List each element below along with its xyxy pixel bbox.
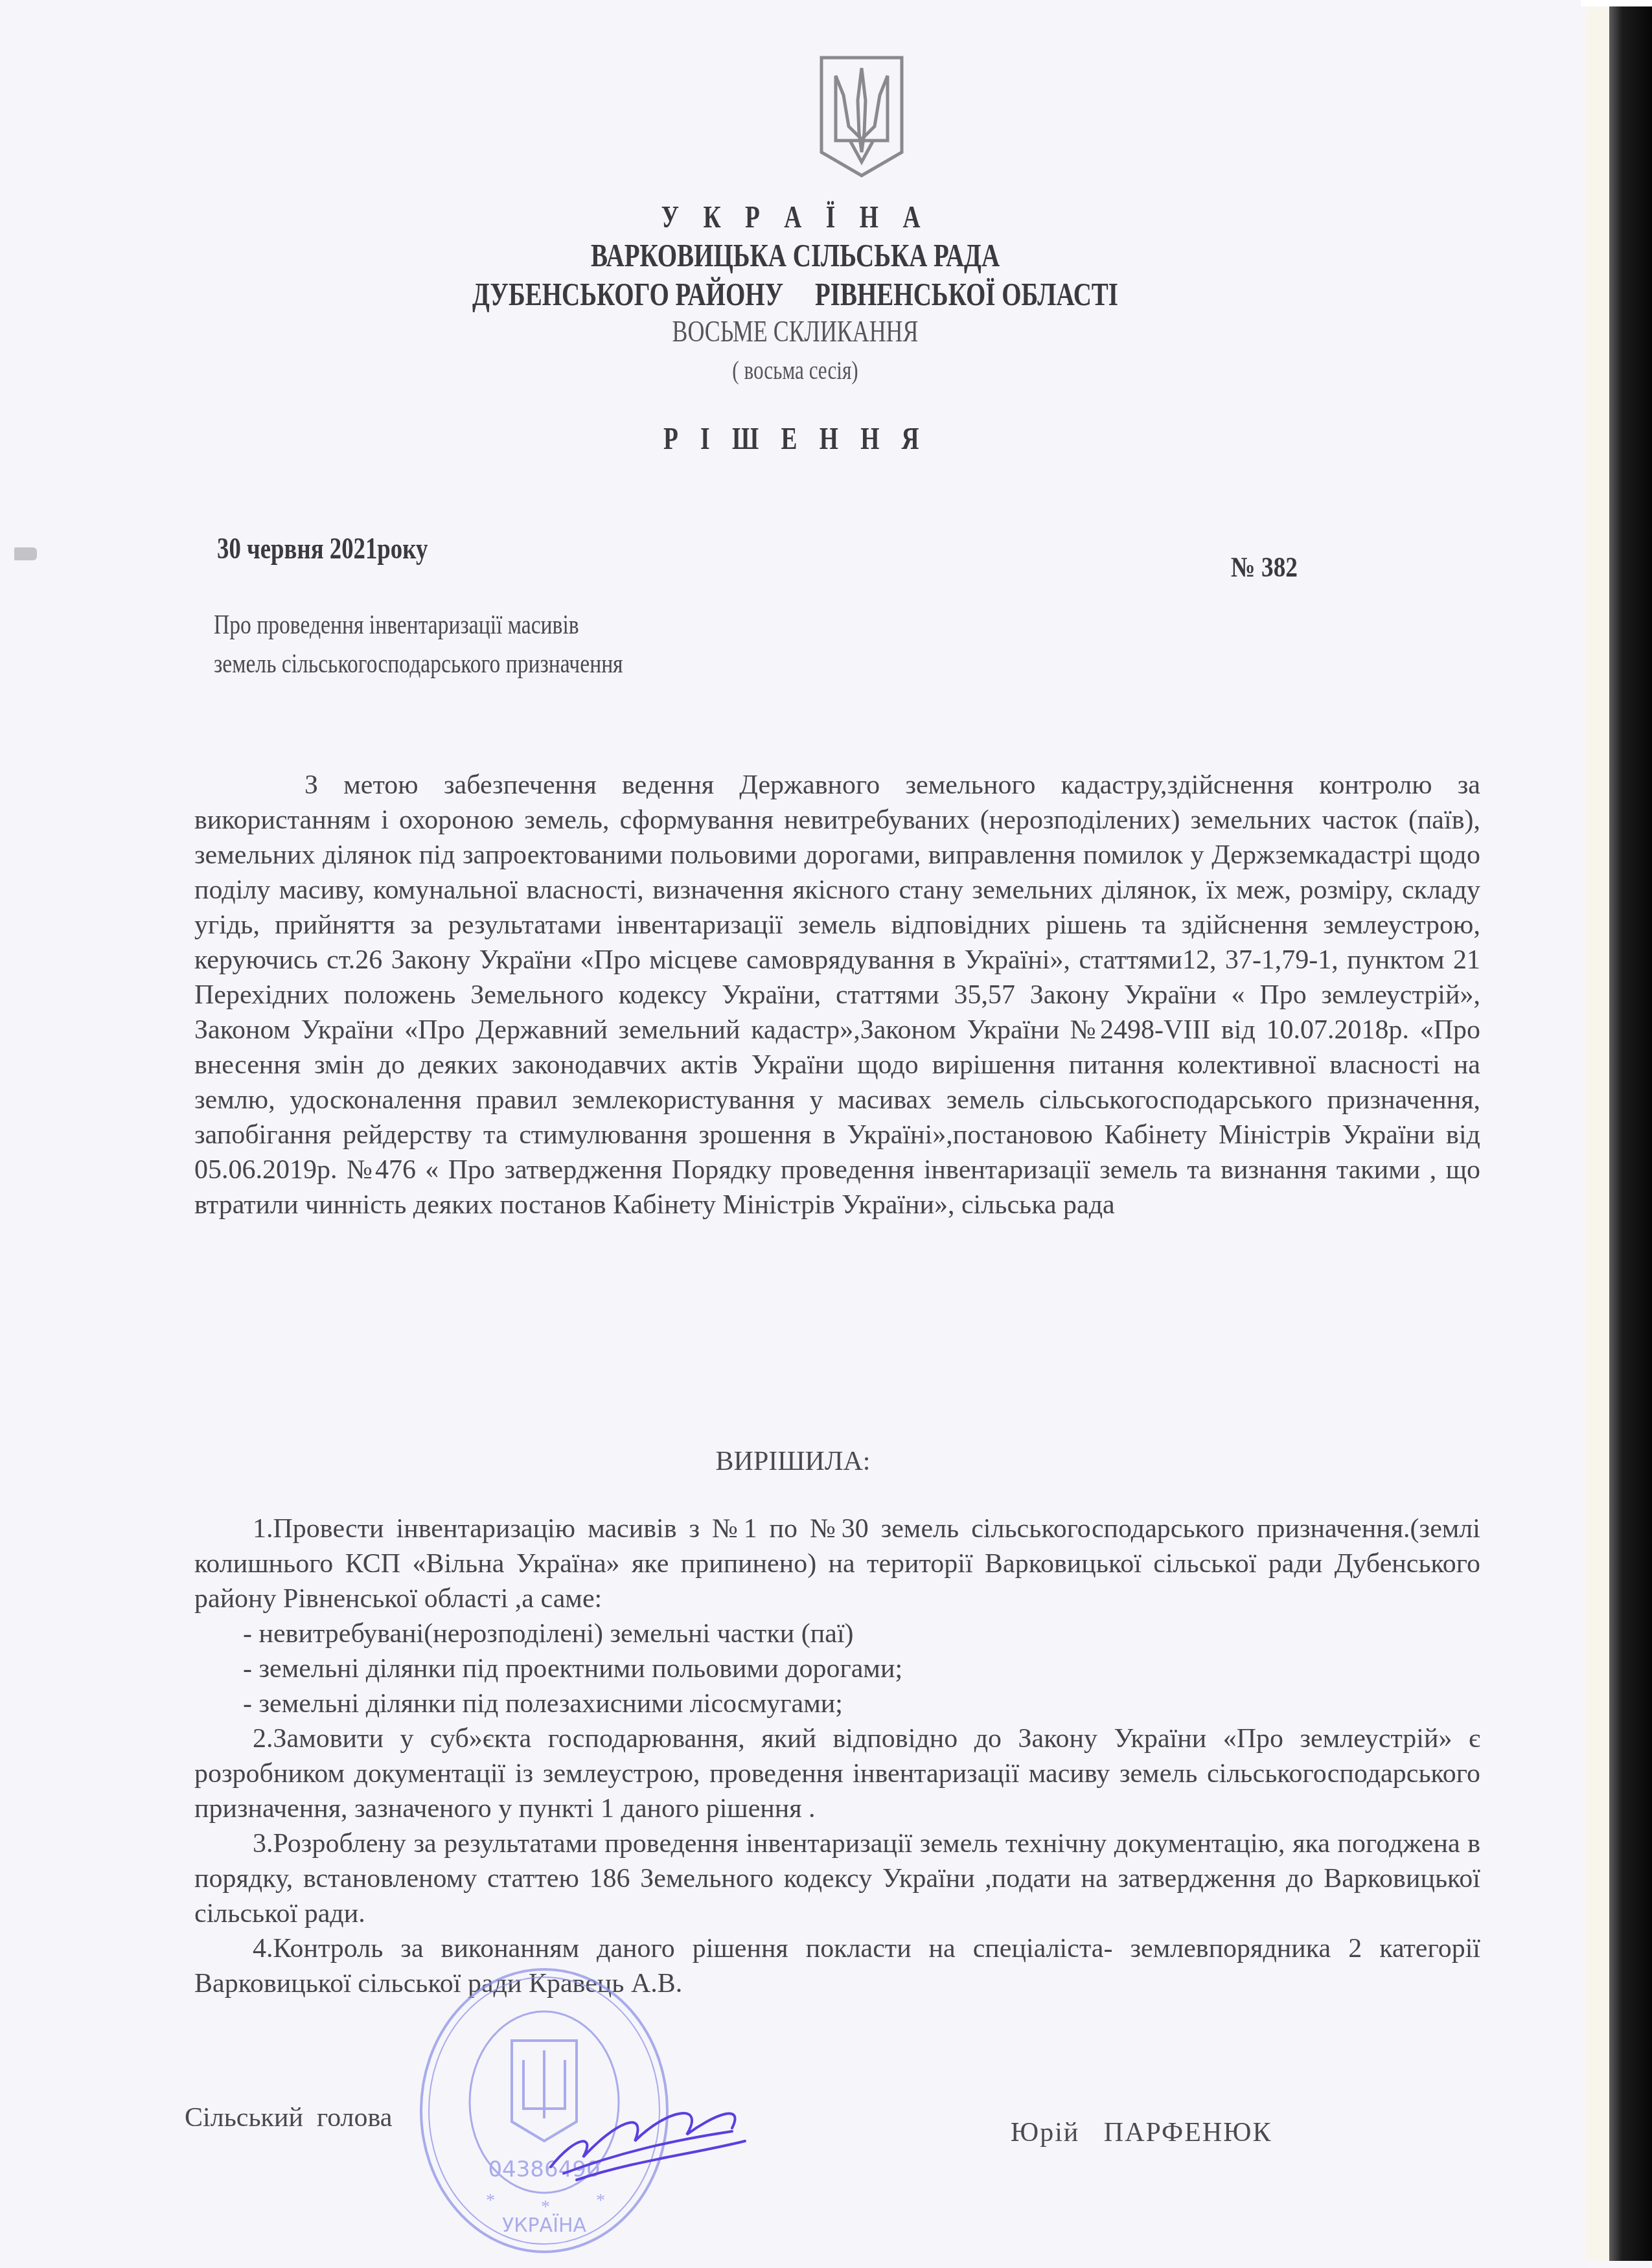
resolved-heading: ВИРІШИЛА: xyxy=(0,1446,1586,1477)
signatory-name: Юрій ПАРФЕНЮК xyxy=(1011,2117,1272,2148)
document-type: Р І Ш Е Н Н Я xyxy=(177,421,1414,457)
header-convocation: ВОСЬМЕ СКЛИКАННЯ xyxy=(177,314,1414,349)
coat-of-arms-icon xyxy=(819,55,904,178)
preamble-text: З метою забезпечення ведення Державного … xyxy=(194,768,1480,1222)
resolution-item-3: 3.Розроблену за результатами проведення … xyxy=(194,1826,1480,1931)
decision-date: 30 червня 2021року xyxy=(217,531,428,566)
subject-line: земель сільськогосподарського призначенн… xyxy=(214,645,623,683)
svg-text:*: * xyxy=(486,2190,495,2210)
decision-number: № 382 xyxy=(1231,551,1298,584)
header-country: У К Р А Ї Н А xyxy=(177,200,1414,235)
decision-subject: Про проведення інвентаризації масивів зе… xyxy=(214,606,623,683)
svg-text:*: * xyxy=(541,2197,550,2217)
paper-edge xyxy=(1586,6,1609,2261)
scanner-background xyxy=(1609,6,1652,2261)
bullet-item: - земельні ділянки під проектними польов… xyxy=(194,1651,1480,1686)
resolution-items: 1.Провести інвентаризацію масивів з №1 п… xyxy=(194,1511,1480,2001)
header-council: ВАРКОВИЦЬКА СІЛЬСЬКА РАДА xyxy=(177,236,1414,274)
stamp-bottom-text: УКРАЇНА xyxy=(502,2214,587,2237)
resolution-item-1: 1.Провести інвентаризацію масивів з №1 п… xyxy=(194,1511,1480,1616)
preamble: З метою забезпечення ведення Державного … xyxy=(194,768,1480,1222)
resolution-item-2: 2.Замовити у суб»єкта господарювання, як… xyxy=(194,1721,1480,1826)
svg-text:*: * xyxy=(596,2190,605,2210)
resolution-item-4: 4.Контроль за виконанням даного рішення … xyxy=(194,1931,1480,2001)
subject-line: Про проведення інвентаризації масивів xyxy=(214,606,623,645)
header-session: ( восьма сесія) xyxy=(177,355,1414,385)
header-district: ДУБЕНСЬКОГО РАЙОНУ РІВНЕНСЬКОЇ ОБЛАСТІ xyxy=(177,275,1414,313)
bullet-item: - земельні ділянки під полезахисними ліс… xyxy=(194,1686,1480,1721)
signatory-title: Сільський голова xyxy=(185,2102,392,2133)
bullet-item: - невитребувані(нерозподілені) земельні … xyxy=(194,1616,1480,1651)
scan-artifact xyxy=(14,547,37,560)
document-page: У К Р А Ї Н А ВАРКОВИЦЬКА СІЛЬСЬКА РАДА … xyxy=(0,0,1586,2268)
scan-border xyxy=(1581,0,1652,6)
handwritten-signature-icon xyxy=(538,2096,758,2186)
